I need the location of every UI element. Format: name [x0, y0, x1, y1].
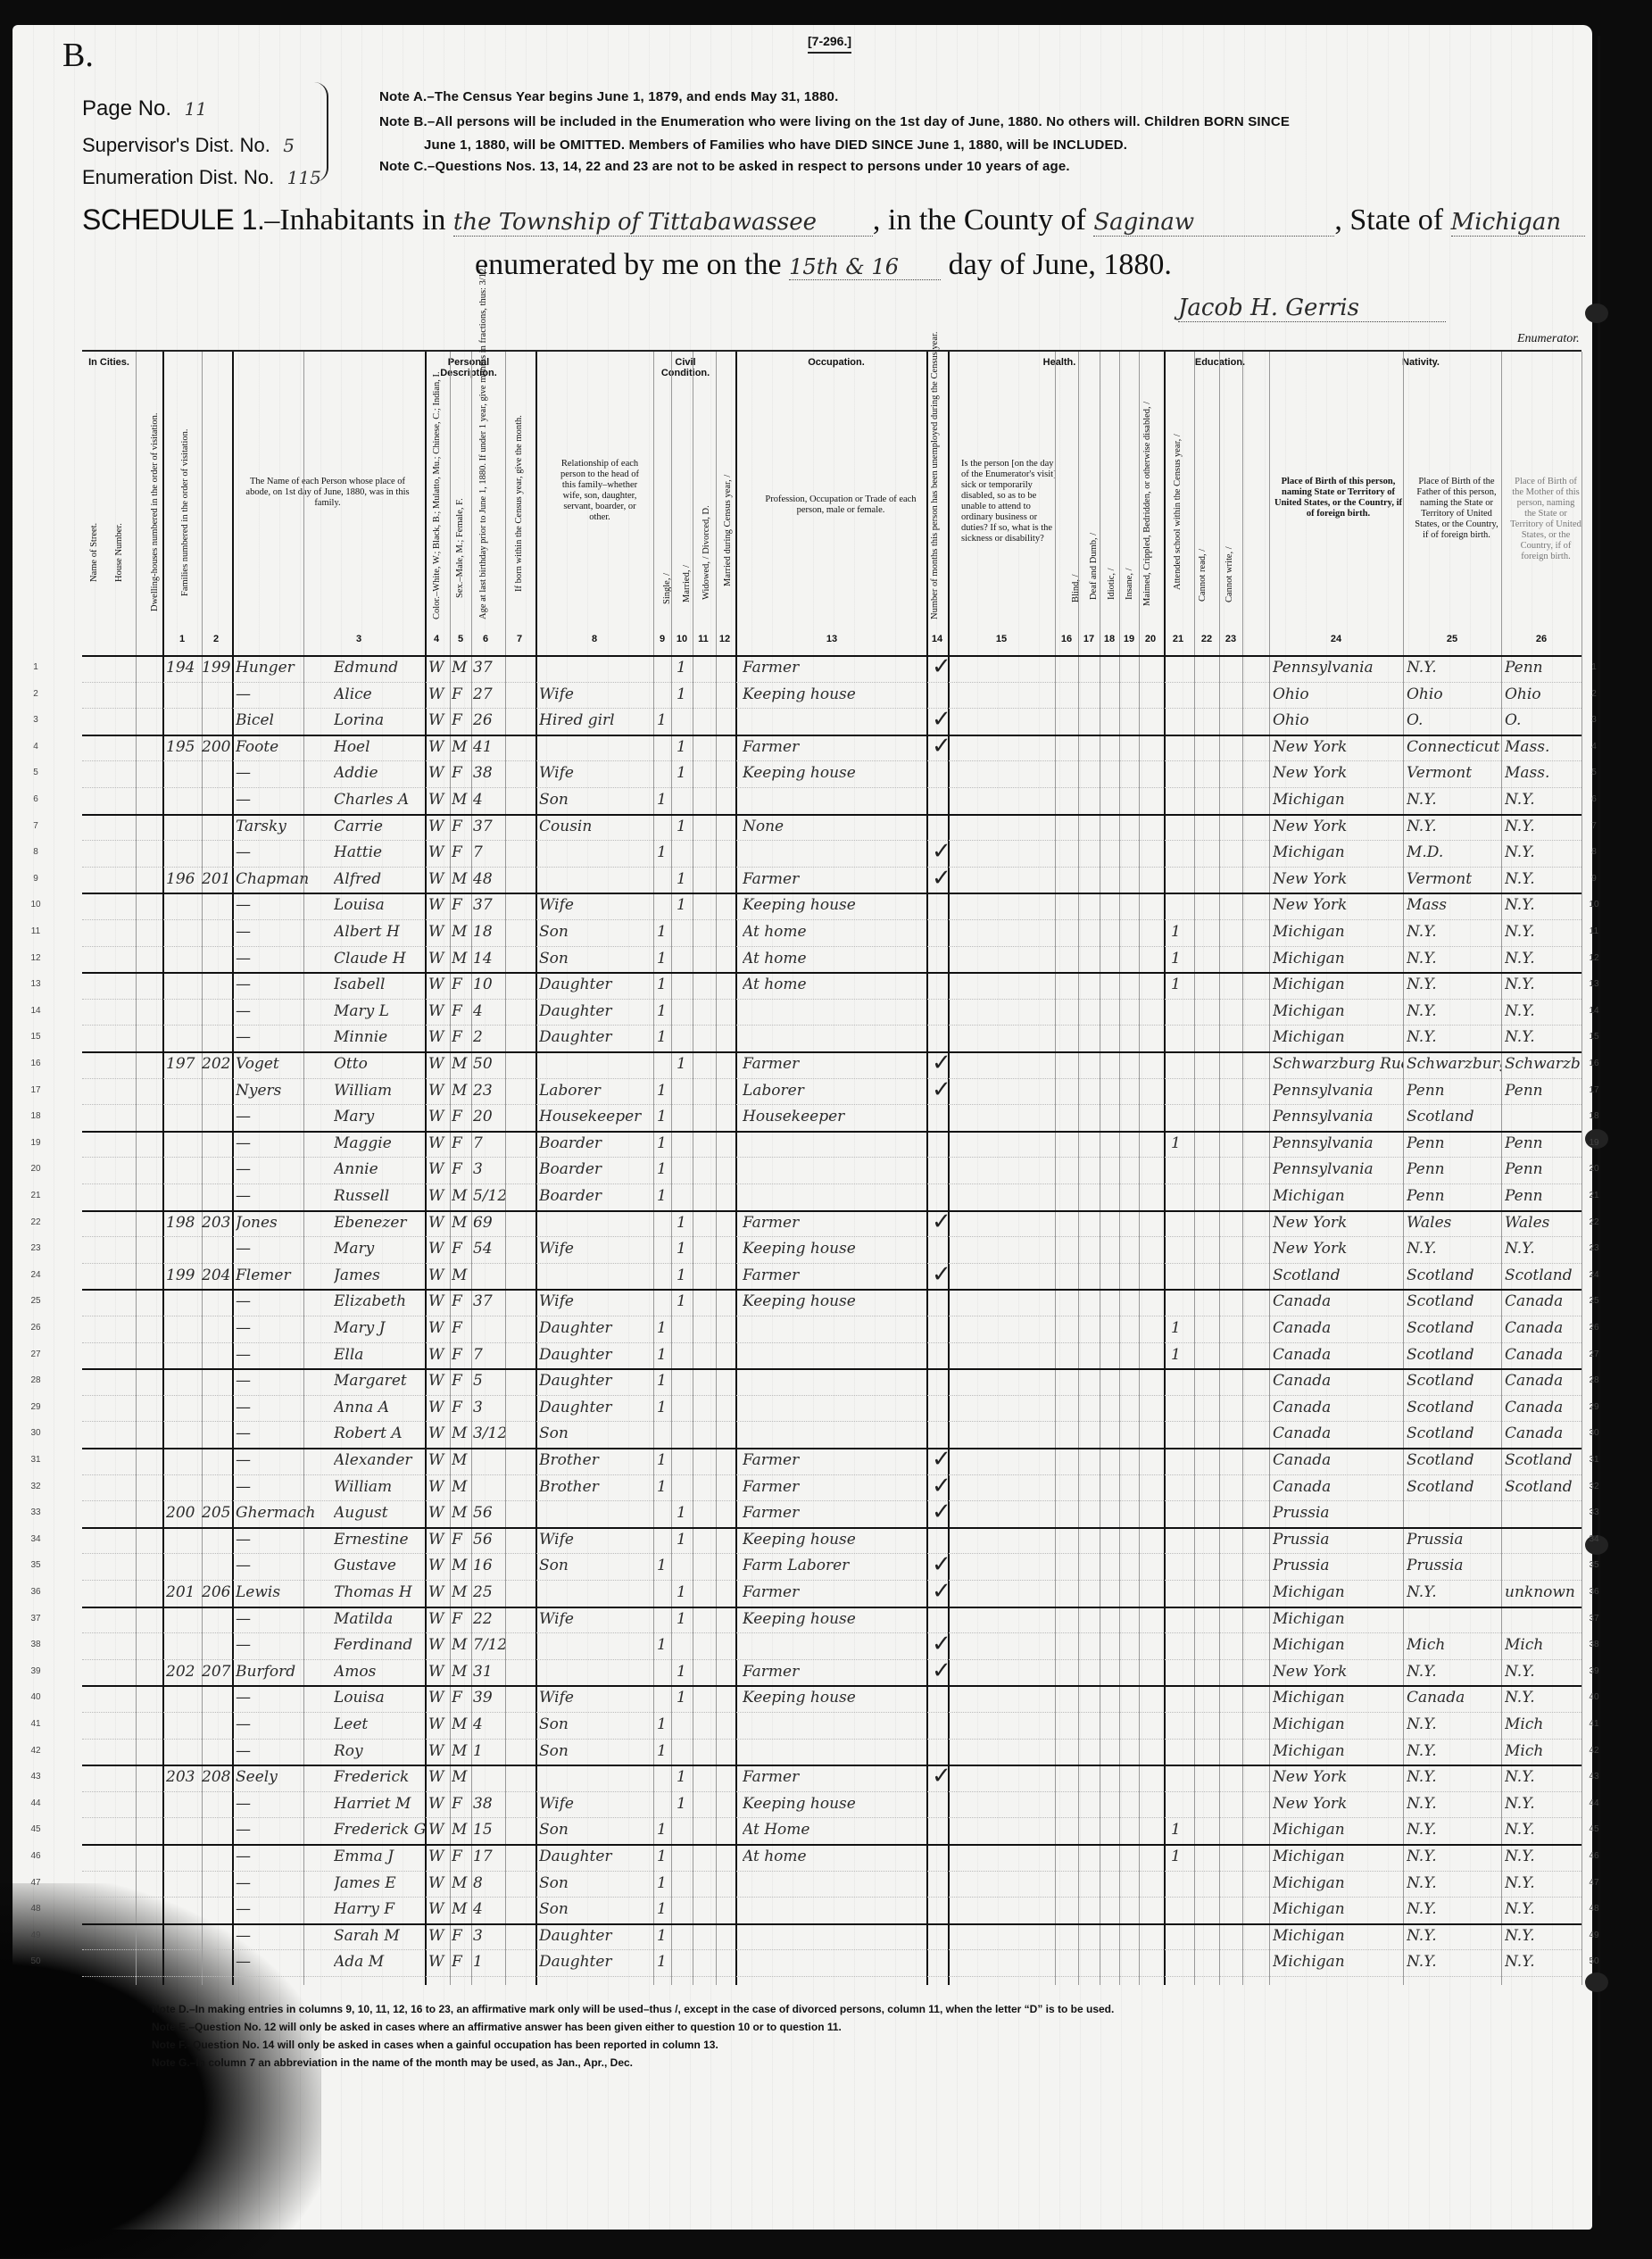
sex: F: [452, 1292, 471, 1310]
age: 5: [473, 1372, 505, 1390]
header-c8: Relationship of each person to the head …: [555, 459, 644, 523]
married-mark: 1: [677, 1768, 693, 1786]
schedule-text: –Inhabitants in: [264, 203, 445, 237]
column-rule: [1194, 352, 1195, 1985]
sex: M: [452, 1874, 471, 1892]
county-text: , in the County of: [873, 203, 1086, 237]
relationship: Housekeeper: [539, 1108, 653, 1125]
surname: —: [236, 976, 334, 993]
color: W: [428, 1689, 448, 1707]
header-c21: Attended school within the Census year, …: [1173, 405, 1183, 619]
row-divider: [82, 1739, 1581, 1740]
married-mark: 1: [677, 1610, 693, 1628]
row-divider: [82, 1395, 1581, 1396]
mother-birthplace: O.: [1505, 711, 1581, 729]
given-name: Louisa: [334, 896, 427, 914]
footer-note-g: Note G.–In column 7 an abbreviation in t…: [152, 2056, 633, 2069]
sex: M: [452, 1187, 471, 1205]
header-c14: Number of months this person has been un…: [930, 387, 941, 619]
header-c1: Dwelling-houses numbered in the order of…: [150, 405, 161, 619]
column-number: 23: [1224, 634, 1238, 644]
header-c7: If born within the Census year, give the…: [514, 387, 525, 619]
unemployed-check-icon: ✓: [932, 1499, 951, 1525]
birthplace: New York: [1273, 1214, 1403, 1232]
occupation: Keeping house: [743, 1531, 921, 1549]
relationship: Wife: [539, 764, 653, 782]
father-birthplace: Scotland: [1407, 1451, 1501, 1469]
sex: F: [452, 1848, 471, 1865]
age: 23: [473, 1082, 505, 1100]
row-divider: [82, 1500, 1581, 1501]
column-rule: [1055, 352, 1056, 1985]
row-number: 29: [27, 1402, 45, 1412]
row-number-right: 15: [1585, 1032, 1603, 1042]
relationship: Daughter: [539, 1028, 653, 1046]
mother-birthplace: Canada: [1505, 1399, 1581, 1416]
row-divider: [82, 946, 1581, 947]
relationship: Son: [539, 1874, 653, 1892]
surname: —: [236, 1346, 334, 1364]
sex: F: [452, 1319, 471, 1337]
relationship: Son: [539, 950, 653, 968]
row-number: 44: [27, 1798, 45, 1808]
given-name: William: [334, 1082, 427, 1100]
family-number: 202: [202, 1055, 234, 1073]
unemployed-check-icon: ✓: [932, 653, 951, 680]
row-number-right: 31: [1585, 1455, 1603, 1465]
mother-birthplace: N.Y.: [1505, 1900, 1581, 1918]
sex: M: [452, 1504, 471, 1522]
occupation: At home: [743, 950, 921, 968]
mother-birthplace: N.Y.: [1505, 818, 1581, 835]
color: W: [428, 1663, 448, 1681]
row-number-right: 36: [1585, 1587, 1603, 1597]
unemployed-check-icon: ✓: [932, 1261, 951, 1288]
birthplace: Michigan: [1273, 1900, 1403, 1918]
father-birthplace: Prussia: [1407, 1531, 1501, 1549]
single-mark: 1: [657, 711, 671, 729]
father-birthplace: Vermont: [1407, 870, 1501, 888]
row-divider: [82, 919, 1581, 920]
occupation: Farmer: [743, 659, 921, 677]
row-number: 18: [27, 1111, 45, 1121]
father-birthplace: N.Y.: [1407, 1927, 1501, 1945]
birthplace: Canada: [1273, 1292, 1403, 1310]
dwelling-number: 203: [166, 1768, 202, 1786]
color: W: [428, 1953, 448, 1971]
enumeration-date: enumerated by me on the 15th & 16 day of…: [475, 248, 1172, 282]
age: 15: [473, 1821, 505, 1839]
relationship: Daughter: [539, 1953, 653, 1971]
given-name: Alice: [334, 685, 427, 703]
sex: M: [452, 923, 471, 941]
row-number-right: 4: [1585, 742, 1603, 752]
color: W: [428, 1187, 448, 1205]
row-divider: [82, 682, 1581, 683]
color: W: [428, 976, 448, 993]
age: 4: [473, 791, 505, 809]
column-rule: [471, 352, 472, 1985]
row-divider: [82, 1791, 1581, 1792]
row-number-right: 8: [1585, 847, 1603, 857]
age: 37: [473, 896, 505, 914]
birthplace: Michigan: [1273, 791, 1403, 809]
father-birthplace: Penn: [1407, 1187, 1501, 1205]
birthplace: Pennsylvania: [1273, 1108, 1403, 1125]
sex: M: [452, 1267, 471, 1284]
color: W: [428, 1821, 448, 1839]
column-number: 11: [696, 634, 710, 644]
married-mark: 1: [677, 738, 693, 756]
birthplace: New York: [1273, 1795, 1403, 1813]
row-number-right: 41: [1585, 1719, 1603, 1729]
row-number-right: 48: [1585, 1904, 1603, 1914]
unemployed-check-icon: ✓: [932, 733, 951, 760]
single-mark: 1: [657, 1953, 671, 1971]
father-birthplace: N.Y.: [1407, 791, 1501, 809]
mother-birthplace: N.Y.: [1505, 1028, 1581, 1046]
mother-birthplace: N.Y.: [1505, 976, 1581, 993]
given-name: Anna A: [334, 1399, 427, 1416]
dwelling-number: 201: [166, 1583, 202, 1601]
color: W: [428, 1768, 448, 1786]
given-name: Margaret: [334, 1372, 427, 1390]
birthplace: Ohio: [1273, 685, 1403, 703]
row-divider: [82, 1897, 1581, 1898]
enumerator-signature: Jacob H. Gerris: [1178, 295, 1446, 322]
row-number-right: 11: [1585, 926, 1603, 936]
color: W: [428, 1531, 448, 1549]
given-name: Alexander: [334, 1451, 427, 1469]
single-mark: 1: [657, 1927, 671, 1945]
age: 4: [473, 1715, 505, 1733]
father-birthplace: N.Y.: [1407, 818, 1501, 835]
row-number: 6: [27, 794, 45, 804]
row-number-right: 38: [1585, 1640, 1603, 1649]
row-number: 48: [27, 1904, 45, 1914]
row-number: 20: [27, 1164, 45, 1174]
occupation: Farmer: [743, 1055, 921, 1073]
mother-birthplace: Ohio: [1505, 685, 1581, 703]
column-number: 22: [1200, 634, 1214, 644]
surname: —: [236, 1424, 334, 1442]
column-number: 9: [655, 634, 669, 644]
birthplace: Ohio: [1273, 711, 1403, 729]
relationship: Wife: [539, 1531, 653, 1549]
given-name: James E: [334, 1874, 427, 1892]
married-mark: 1: [677, 1795, 693, 1813]
surname: —: [236, 1900, 334, 1918]
age: 14: [473, 950, 505, 968]
header-divider: [82, 655, 1581, 657]
unemployed-check-icon: ✓: [932, 1050, 951, 1076]
father-birthplace: N.Y.: [1407, 923, 1501, 941]
color: W: [428, 923, 448, 941]
relationship: Wife: [539, 1689, 653, 1707]
mother-birthplace: N.Y.: [1505, 896, 1581, 914]
row-number-right: 39: [1585, 1666, 1603, 1676]
row-number-right: 22: [1585, 1217, 1603, 1227]
given-name: Robert A: [334, 1424, 427, 1442]
family-divider: [82, 1765, 1581, 1766]
age: 38: [473, 1795, 505, 1813]
surname: —: [236, 1531, 334, 1549]
school-mark: 1: [1171, 976, 1189, 993]
sex: F: [452, 764, 471, 782]
mother-birthplace: N.Y.: [1505, 1874, 1581, 1892]
row-number-right: 6: [1585, 794, 1603, 804]
father-birthplace: Scotland: [1407, 1372, 1501, 1390]
married-mark: 1: [677, 1531, 693, 1549]
row-number: 10: [27, 900, 45, 909]
mother-birthplace: Canada: [1505, 1346, 1581, 1364]
column-number: 6: [478, 634, 493, 644]
given-name: Isabell: [334, 976, 427, 993]
surname: —: [236, 1478, 334, 1496]
row-number-right: 10: [1585, 900, 1603, 909]
mother-birthplace: Penn: [1505, 1134, 1581, 1152]
family-divider: [82, 1923, 1581, 1925]
surname: —: [236, 950, 334, 968]
row-number-right: 33: [1585, 1507, 1603, 1517]
relationship: Wife: [539, 1240, 653, 1258]
sex: M: [452, 1742, 471, 1760]
sex: M: [452, 1768, 471, 1786]
mother-birthplace: N.Y.: [1505, 1927, 1581, 1945]
sex: M: [452, 1424, 471, 1442]
family-divider: [82, 1527, 1581, 1529]
group-nativity: Nativity.: [1269, 357, 1573, 368]
enumerator-label: Enumerator.: [1517, 332, 1580, 346]
row-number-right: 19: [1585, 1138, 1603, 1148]
unemployed-check-icon: ✓: [932, 1763, 951, 1790]
surname: —: [236, 1134, 334, 1152]
sex: M: [452, 1055, 471, 1073]
father-birthplace: N.Y.: [1407, 1848, 1501, 1865]
footer-note-e: Note E.–Question No. 12 will only be ask…: [152, 2021, 842, 2033]
surname: —: [236, 1451, 334, 1469]
corner-letter: B.: [62, 36, 94, 75]
sex: F: [452, 711, 471, 729]
column-number: 2: [209, 634, 223, 644]
row-number: 28: [27, 1375, 45, 1385]
column-rule: [1403, 352, 1404, 1985]
row-number-right: 50: [1585, 1956, 1603, 1966]
birthplace: New York: [1273, 1768, 1403, 1786]
single-mark: 1: [657, 1082, 671, 1100]
surname: —: [236, 1636, 334, 1654]
mother-birthplace: Mich: [1505, 1636, 1581, 1654]
occupation: Farmer: [743, 1214, 921, 1232]
sex: F: [452, 1160, 471, 1178]
birthplace: Prussia: [1273, 1557, 1403, 1574]
row-number-right: 24: [1585, 1270, 1603, 1280]
relationship: Boarder: [539, 1187, 653, 1205]
occupation: At home: [743, 923, 921, 941]
birthplace: Schwarzburg Rudolstadt: [1273, 1055, 1403, 1073]
row-number-right: 40: [1585, 1692, 1603, 1702]
given-name: Hattie: [334, 843, 427, 861]
unemployed-check-icon: ✓: [932, 1208, 951, 1235]
row-divider: [82, 1263, 1581, 1264]
column-number: 16: [1059, 634, 1074, 644]
given-name: Ernestine: [334, 1531, 427, 1549]
row-number: 46: [27, 1851, 45, 1861]
given-name: Frederick G: [334, 1821, 427, 1839]
age: 3: [473, 1927, 505, 1945]
color: W: [428, 1082, 448, 1100]
surname: Voget: [236, 1055, 334, 1073]
page-number-field: Page No. 11: [82, 96, 207, 121]
birthplace: Canada: [1273, 1346, 1403, 1364]
father-birthplace: Scotland: [1407, 1319, 1501, 1337]
sex: F: [452, 896, 471, 914]
row-number: 42: [27, 1746, 45, 1756]
mother-birthplace: Mich: [1505, 1742, 1581, 1760]
surname: Foote: [236, 738, 334, 756]
row-number-right: 20: [1585, 1164, 1603, 1174]
occupation: Keeping house: [743, 896, 921, 914]
father-birthplace: N.Y.: [1407, 1900, 1501, 1918]
unemployed-check-icon: ✓: [932, 865, 951, 892]
mother-birthplace: N.Y.: [1505, 1689, 1581, 1707]
birthplace: Michigan: [1273, 1953, 1403, 1971]
age: 16: [473, 1557, 505, 1574]
birthplace: New York: [1273, 738, 1403, 756]
birthplace: Michigan: [1273, 1874, 1403, 1892]
age: 1: [473, 1742, 505, 1760]
surname: —: [236, 1399, 334, 1416]
mother-birthplace: Penn: [1505, 1082, 1581, 1100]
row-number-right: 26: [1585, 1323, 1603, 1333]
column-number: 7: [512, 634, 527, 644]
birthplace: New York: [1273, 896, 1403, 914]
sex: M: [452, 1478, 471, 1496]
birthplace: Canada: [1273, 1372, 1403, 1390]
column-number: 8: [587, 634, 602, 644]
row-divider: [82, 1183, 1581, 1184]
sex: M: [452, 1715, 471, 1733]
given-name: Emma J: [334, 1848, 427, 1865]
age: 26: [473, 711, 505, 729]
married-mark: 1: [677, 1214, 693, 1232]
color: W: [428, 1557, 448, 1574]
column-rule: [1219, 352, 1220, 1985]
single-mark: 1: [657, 1715, 671, 1733]
header-c5: Sex.–Male, M.; Female, F.: [455, 477, 466, 619]
enumerated-text: enumerated by me on the: [475, 248, 782, 281]
sex: F: [452, 685, 471, 703]
occupation: Keeping house: [743, 1240, 921, 1258]
given-name: Russell: [334, 1187, 427, 1205]
column-rule: [735, 352, 737, 1985]
row-number-right: 37: [1585, 1614, 1603, 1624]
row-number: 11: [27, 926, 45, 936]
column-rule: [693, 352, 693, 1985]
sex: M: [452, 791, 471, 809]
occupation: Keeping house: [743, 1795, 921, 1813]
given-name: William: [334, 1478, 427, 1496]
mother-birthplace: Canada: [1505, 1424, 1581, 1442]
row-number: 40: [27, 1692, 45, 1702]
surname: —: [236, 843, 334, 861]
birthplace: Pennsylvania: [1273, 1134, 1403, 1152]
given-name: James: [334, 1267, 427, 1284]
row-number: 9: [27, 874, 45, 884]
column-number: 15: [994, 634, 1009, 644]
given-name: Ella: [334, 1346, 427, 1364]
header-c4: Color.–White, W.; Black, B.; Mulatto, Mu…: [432, 387, 443, 619]
group-education: Education.: [1175, 357, 1265, 368]
header-c22: Cannot read, /: [1198, 530, 1208, 619]
row-number-right: 35: [1585, 1560, 1603, 1570]
color: W: [428, 870, 448, 888]
family-number: 203: [202, 1214, 234, 1232]
given-name: August: [334, 1504, 427, 1522]
surname: —: [236, 1689, 334, 1707]
relationship: Wife: [539, 896, 653, 914]
row-divider: [82, 1236, 1581, 1237]
given-name: Mary: [334, 1108, 427, 1125]
occupation: Laborer: [743, 1082, 921, 1100]
row-number: 43: [27, 1772, 45, 1781]
header-c25: Place of Birth of the Father of this per…: [1412, 477, 1501, 541]
column-rule: [1581, 352, 1582, 1985]
row-number: 32: [27, 1482, 45, 1491]
row-number: 38: [27, 1640, 45, 1649]
state-text: , State of: [1334, 203, 1443, 237]
given-name: Harriet M: [334, 1795, 427, 1813]
row-number: 7: [27, 821, 45, 831]
school-mark: 1: [1171, 950, 1189, 968]
header-c23: Cannot write, /: [1224, 530, 1235, 619]
birthplace: New York: [1273, 1663, 1403, 1681]
enumerated-days: 15th & 16: [789, 254, 941, 280]
father-birthplace: N.Y.: [1407, 976, 1501, 993]
mother-birthplace: N.Y.: [1505, 1240, 1581, 1258]
given-name: Gustave: [334, 1557, 427, 1574]
father-birthplace: Mass: [1407, 896, 1501, 914]
father-birthplace: Canada: [1407, 1689, 1501, 1707]
header-c10: Married, /: [682, 548, 693, 619]
mother-birthplace: Scotland: [1505, 1267, 1581, 1284]
single-mark: 1: [657, 1451, 671, 1469]
row-number: 13: [27, 979, 45, 989]
relationship: Laborer: [539, 1082, 653, 1100]
relationship: Son: [539, 791, 653, 809]
row-number-right: 28: [1585, 1375, 1603, 1385]
row-number-right: 46: [1585, 1851, 1603, 1861]
age: 54: [473, 1240, 505, 1258]
dwelling-number: 195: [166, 738, 202, 756]
single-mark: 1: [657, 1557, 671, 1574]
sex: M: [452, 659, 471, 677]
married-mark: 1: [677, 659, 693, 677]
surname: —: [236, 1160, 334, 1178]
age: 4: [473, 1900, 505, 1918]
sex: M: [452, 738, 471, 756]
birthplace: Canada: [1273, 1451, 1403, 1469]
column-rule: [1242, 352, 1243, 1985]
sex: F: [452, 1610, 471, 1628]
mother-birthplace: N.Y.: [1505, 870, 1581, 888]
given-name: Roy: [334, 1742, 427, 1760]
township-value: the Township of Tittabawassee: [453, 209, 873, 237]
sex: F: [452, 843, 471, 861]
dwelling-number: 202: [166, 1663, 202, 1681]
row-number: 36: [27, 1587, 45, 1597]
single-mark: 1: [657, 1346, 671, 1364]
